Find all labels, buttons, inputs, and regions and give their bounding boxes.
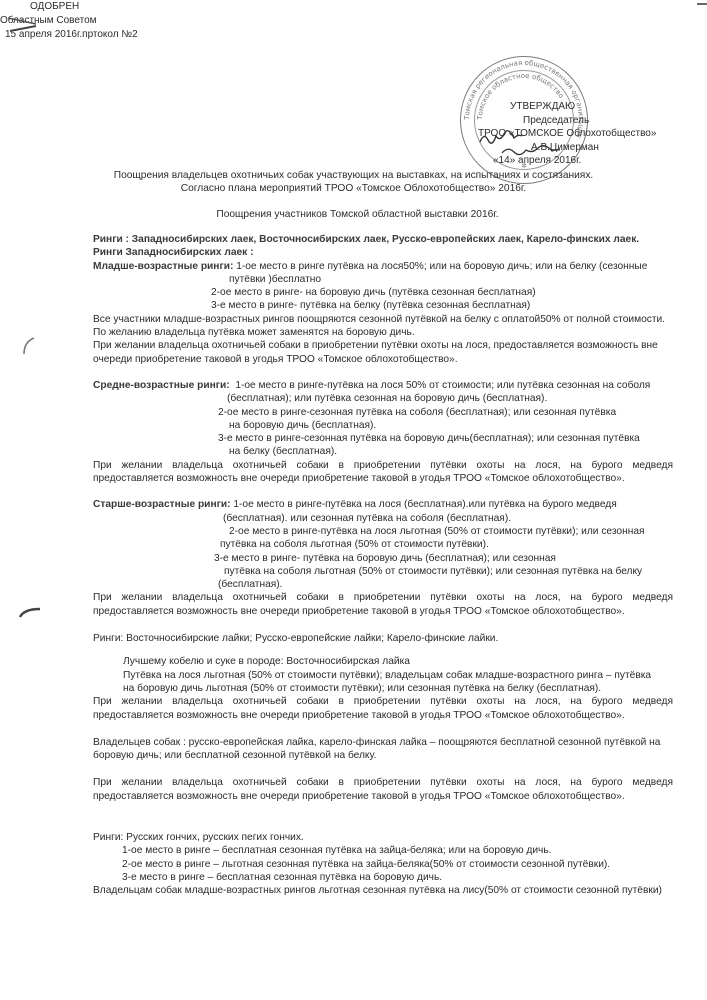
middle-place2: 2-ое место в ринге-сезонная путёвка на с… (93, 406, 673, 419)
junior-label: Младше-возрастные ринги: (93, 261, 233, 272)
pencil-mark-left-1 (20, 334, 40, 356)
middle-place2-cont: на боровую дичь (бесплатная). (93, 419, 673, 432)
best-in-breed: Лучшему кобелю и суке в породе: Восточно… (93, 655, 673, 668)
junior-place1-cont: путёвки )бесплатно (93, 273, 673, 286)
senior-place1: Старше-возрастные ринги: 1-ое место в ри… (93, 498, 673, 511)
senior-place3-cont: путёвка на соболя льготная (50% от стоим… (93, 565, 673, 578)
senior-place1-text: 1-ое место в ринге-путёвка на лося (бесп… (233, 499, 616, 510)
senior-note-b: предоставляется возможность вне очереди … (93, 605, 673, 618)
senior-place1-cont: (бесплатная). или сезонная путёвка на со… (93, 512, 673, 525)
main-title-line2: Согласно плана мероприятий ТРОО «Томское… (0, 182, 707, 195)
junior-place1-text: 1-ое место в ринге путёвка на лося50%; и… (236, 261, 647, 272)
other-rings: Ринги: Восточносибирские лайки; Русско-е… (93, 632, 673, 645)
approved-block: ОДОБРЕН Областным Советом 15 апреля 2016… (0, 0, 707, 42)
owners-a: Владельцев собак : русско-европейская ла… (93, 736, 673, 749)
junior-note2: По желанию владельца путёвка может замен… (93, 326, 673, 339)
handwritten-date (498, 144, 562, 156)
rings-all: Ринги : Западносибирских лаек, Восточнос… (93, 233, 673, 246)
other-note2-a: При желании владельца охотничьей собаки … (93, 776, 673, 789)
approve-title: УТВЕРЖДАЮ (475, 100, 656, 114)
approved-by: Областным Советом (0, 14, 707, 28)
approved-date-protocol: 15 апреля 2016г.пртокол №2 (0, 28, 707, 42)
middle-place1-text: 1-ое место в ринге-путёвка на лося 50% о… (235, 380, 650, 391)
scan-mark-top-right (697, 3, 707, 5)
hounds-place2: 2-ое место в ринге – льготная сезонная п… (93, 858, 673, 871)
subtitle: Поощрения участников Томской областной в… (0, 208, 707, 221)
junior-note1: Все участники младше-возрастных рингов п… (93, 313, 673, 326)
senior-label: Старше-возрастные ринги: (93, 499, 231, 510)
other-note-b: предоставляется возможность вне очереди … (93, 709, 673, 722)
junior-note3-a: При желании владельца охотничьей собаки … (93, 339, 673, 352)
junior-note3-b: очереди приобретение таковой в угодья ТР… (93, 353, 673, 366)
junior-place1: Младше-возрастные ринги: 1-ое место в ри… (93, 260, 673, 273)
owners-b: боровую дичь; или бесплатной сезонной пу… (93, 749, 673, 762)
middle-note-a: При желании владельца охотничьей собаки … (93, 459, 673, 472)
other-note-a: При желании владельца охотничьей собаки … (93, 695, 673, 708)
senior-note-a: При желании владельца охотничьей собаки … (93, 591, 673, 604)
middle-place3: 3-е место в ринге-сезонная путёвка на бо… (93, 432, 673, 445)
document-body: Ринги : Западносибирских лаек, Восточнос… (93, 233, 673, 897)
middle-note-b: предоставляется возможность вне очереди … (93, 472, 673, 485)
middle-place1-cont: (бесплатная); или путёвка сезонная на бо… (93, 392, 673, 405)
middle-place1: Средне-возрастные ринги: 1-ое место в ри… (93, 379, 673, 392)
senior-place2-cont: путёвка на соболя льготная (50% от стоим… (93, 538, 673, 551)
scan-mark-top-left (6, 14, 40, 34)
hounds-junior-note: Владельцам собак младше-возрастных ринго… (93, 884, 673, 897)
senior-place2: 2-ое место в ринге-путёвка на лося льгот… (93, 525, 673, 538)
other-note2-b: предоставляется возможность вне очереди … (93, 790, 673, 803)
approve-position: Председатель (475, 114, 656, 128)
main-title-line1: Поощрения владельцев охотничьих собак уч… (0, 169, 707, 182)
middle-place3-cont: на белку (бесплатная). (93, 445, 673, 458)
junior-place2: 2-ое место в ринге- на боровую дичь (пут… (93, 286, 673, 299)
hounds-place3: 3-е место в ринге – бесплатная сезонная … (93, 871, 673, 884)
senior-place3: 3-е место в ринге- путёвка на боровую ди… (93, 552, 673, 565)
best-reward-b: на боровую дичь льготная (50% от стоимос… (93, 682, 673, 695)
hounds-place1: 1-ое место в ринге – бесплатная сезонная… (93, 844, 673, 857)
pencil-mark-left-2 (14, 605, 42, 619)
approve-date: «14» апреля 2016г. (475, 154, 656, 168)
signature-scrawl (478, 130, 524, 144)
rings-west-siberian: Ринги Западносибирских лаек : (93, 246, 673, 259)
approved-title: ОДОБРЕН (0, 0, 707, 14)
senior-place3-cont2: (бесплатная). (93, 578, 673, 591)
junior-place3: 3-е место в ринге- путёвка на белку (пут… (93, 299, 673, 312)
middle-label: Средне-возрастные ринги: (93, 380, 230, 391)
best-reward-a: Путёвка на лося льготная (50% от стоимос… (93, 669, 673, 682)
hounds-rings: Ринги: Русских гончих, русских пегих гон… (93, 831, 673, 844)
